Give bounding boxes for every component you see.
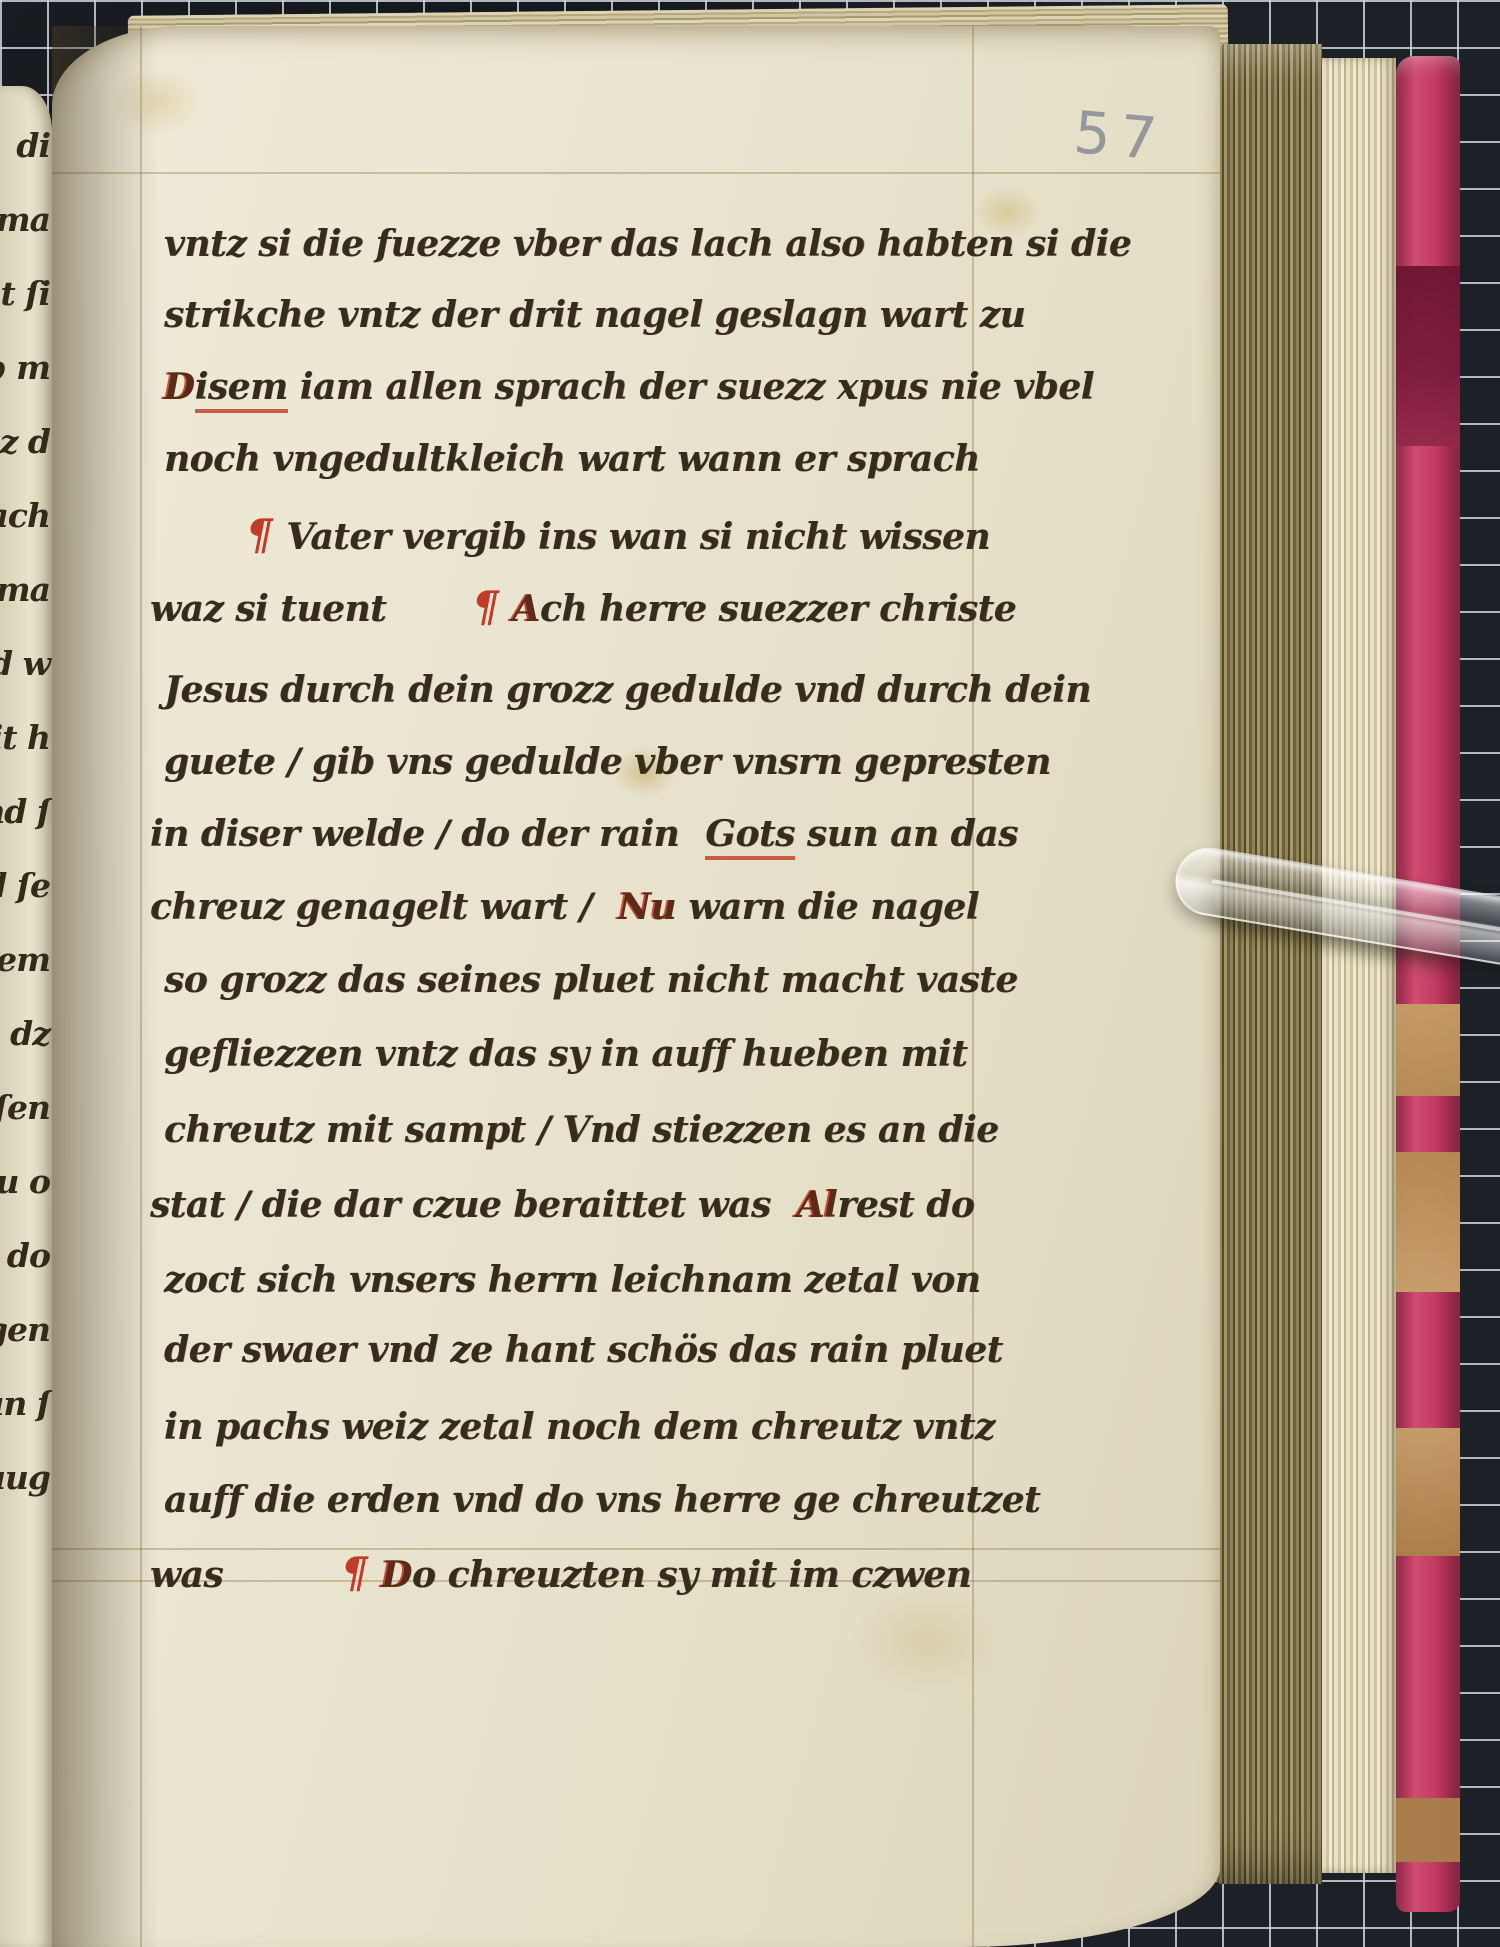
folio-number-pencil: 57 (1071, 98, 1168, 174)
facing-text-fragment: u o (0, 1162, 50, 1201)
facing-text-fragment: nd ſ (0, 792, 50, 831)
facing-text-fragment: di (16, 126, 50, 165)
facing-page-sliver: di ſt ma t ſi b m z d mach s ma d w it h… (0, 86, 52, 1947)
manuscript-line: der swaer vnd ze hant schös das rain plu… (150, 1323, 1080, 1372)
cover-wear-patch (1396, 1428, 1460, 1556)
rubric-mark: ¶ (341, 1548, 367, 1597)
facing-text-fragment: d w (0, 644, 50, 683)
fore-edge-stack-dark (1216, 44, 1322, 1884)
facing-text-fragment: dz (10, 1014, 50, 1053)
stain (852, 1586, 1002, 1696)
rubric-mark: ¶ (472, 582, 498, 631)
manuscript-line: Jesus durch dein grozz gedulde vnd durch… (150, 663, 1080, 712)
cover-wear-patch (1396, 1798, 1460, 1862)
rubric-mark: ¶ (246, 510, 272, 559)
manuscript-line: noch vngedultkleich wart wann er sprach (150, 432, 1080, 481)
stain (112, 66, 202, 136)
facing-text-fragment: gen (0, 1310, 50, 1349)
manuscript-line: so grozz das seines pluet nicht macht va… (150, 953, 1080, 1002)
cover-edge-pink (1396, 56, 1460, 1912)
manuscript-page: 57 vntz si die fuezze vber das lach also… (52, 26, 1220, 1947)
manuscript-line: guete / gib vns gedulde vber vnsrn gepre… (150, 735, 1080, 784)
manuscript-line: zoct sich vnsers herrn leichnam zetal vo… (150, 1253, 1080, 1302)
manuscript-line: waz si tuent¶Ach herre suezzer christe (150, 582, 1080, 631)
manuscript-line: strikche vntz der drit nagel geslagn war… (150, 288, 1080, 337)
fore-edge-stack-light (1322, 58, 1396, 1873)
facing-text-fragment: t ſi (1, 274, 50, 313)
facing-text-fragment: b m (0, 348, 50, 387)
facing-text-fragment: z em (0, 940, 50, 979)
ruling-line-left (140, 26, 142, 1947)
facing-text-fragment: uug (0, 1458, 50, 1497)
manuscript-line: Disem iam allen sprach der suezz xpus ni… (150, 360, 1080, 409)
manuscript-line: gefliezzen vntz das sy in auff hueben mi… (150, 1027, 1080, 1076)
cover-wear-patch (1396, 1152, 1460, 1292)
manuscript-line: auff die erden vnd do vns herre ge chreu… (150, 1473, 1080, 1522)
manuscript-line: in pachs weiz zetal noch dem chreutz vnt… (150, 1400, 1080, 1449)
facing-text-fragment: e do (0, 1236, 50, 1275)
facing-text-fragment: mach (0, 496, 50, 535)
manuscript-line: was¶Do chreuzten sy mit im czwen (150, 1548, 1080, 1597)
manuscript-line: chreutz mit sampt / Vnd stiezzen es an d… (150, 1103, 1080, 1152)
manuscript-line: ¶Vater vergib ins wan si nicht wissen (150, 510, 1176, 559)
manuscript-line: chreuz genagelt wart / Nu warn die nagel (150, 880, 1080, 929)
facing-text-fragment: d ſe (0, 866, 50, 905)
manuscript-line: vntz si die fuezze vber das lach also ha… (150, 217, 1080, 266)
facing-text-fragment: it h (0, 718, 50, 757)
facing-text-fragment: un ſ (0, 1384, 50, 1423)
cover-wear-patch (1396, 266, 1460, 446)
ruling-line-top (52, 172, 1220, 174)
manuscript-photo: di ſt ma t ſi b m z d mach s ma d w it h… (0, 0, 1500, 1947)
facing-text-fragment: ſſen (0, 1088, 50, 1127)
manuscript-line: stat / die dar czue beraittet was Alrest… (150, 1178, 1080, 1227)
manuscript-line: in diser welde / do der rain Gots sun an… (150, 807, 1080, 856)
cover-wear-patch (1396, 1004, 1460, 1096)
facing-text-fragment: ſt ma (0, 200, 50, 239)
facing-text-fragment: s ma (0, 570, 50, 609)
facing-text-fragment: z d (0, 422, 50, 461)
